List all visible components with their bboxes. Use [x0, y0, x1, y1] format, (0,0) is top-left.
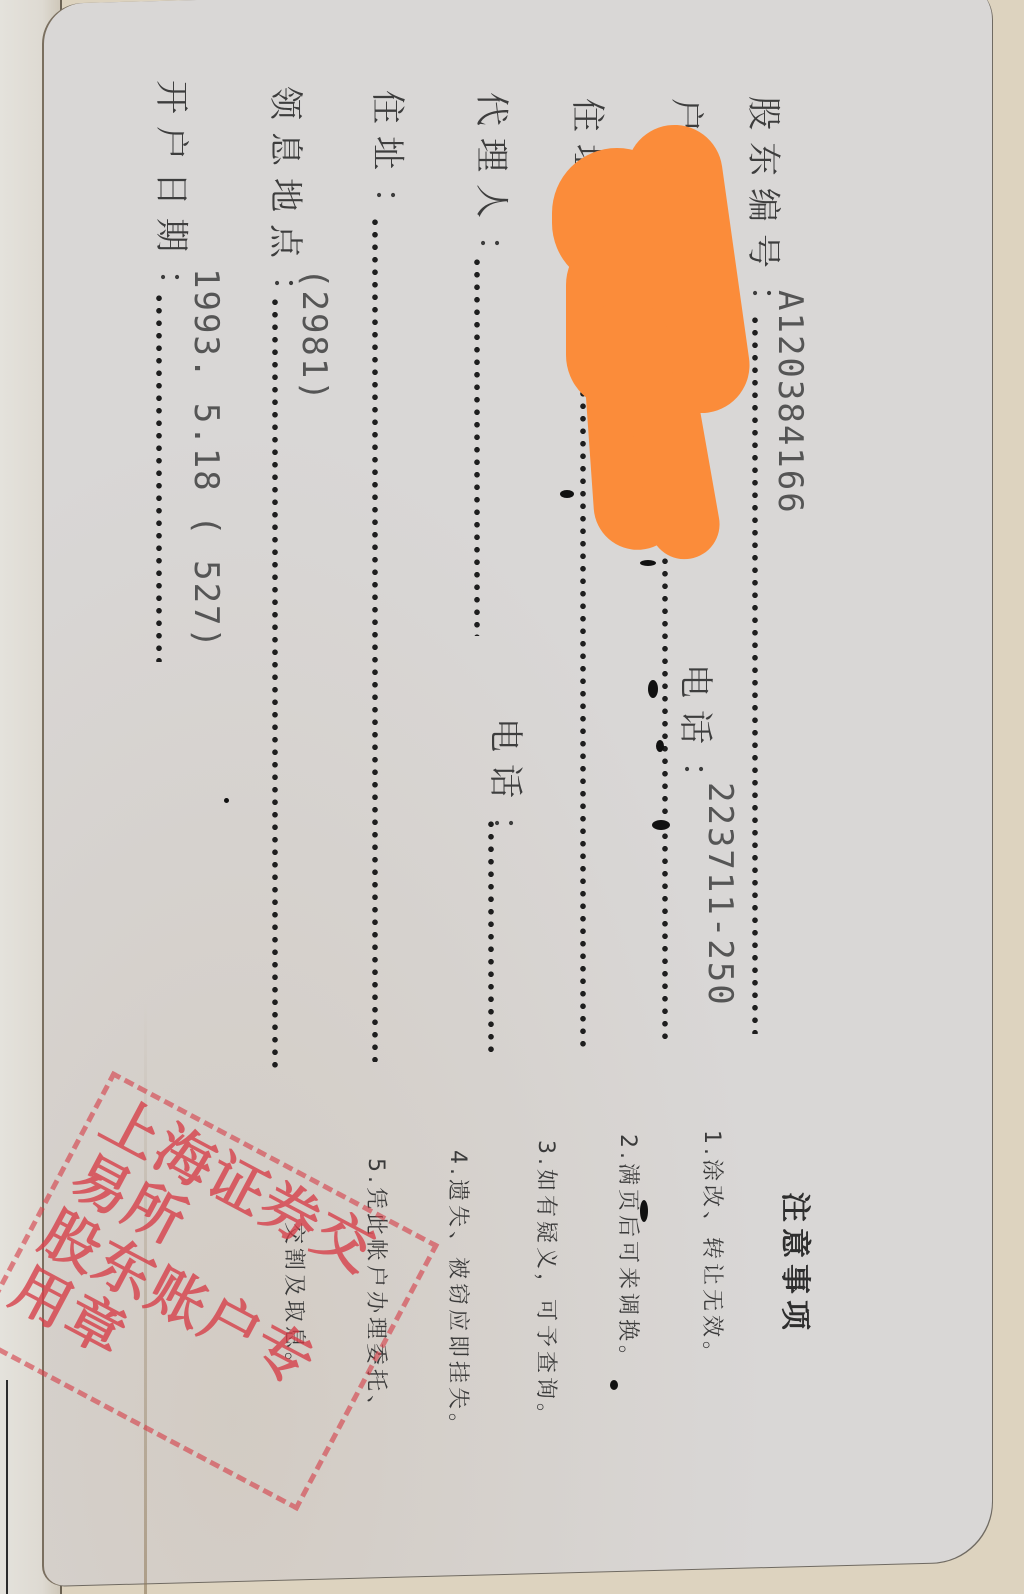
notice-item-1: 1.涂改、转让无效。: [698, 1130, 729, 1367]
open-date-label: 开户日期: [151, 80, 191, 264]
address-1-phone-label: 电话: [675, 664, 715, 756]
ink-smudge: [648, 680, 658, 698]
address-1-dotted-line: [580, 300, 586, 1050]
page-edge-line: [6, 1380, 8, 1594]
agent-phone-dotted-line: [488, 818, 494, 1054]
dividend-location-dotted-line: [272, 296, 278, 1072]
ink-smudge: [610, 1380, 618, 1390]
address-2-row: 住址 ：: [366, 90, 415, 233]
agent-label: 代理人: [471, 92, 511, 230]
notice-item-3: 3.如有疑义，可予查询。: [532, 1140, 563, 1429]
ink-smudge: [656, 740, 664, 752]
notice-item-2: 2.满页后可来调换。: [614, 1134, 645, 1371]
ink-smudge: [652, 820, 670, 830]
notices-title: 注意事项: [776, 1192, 820, 1336]
agent-phone-label: 电话: [485, 718, 525, 810]
dividend-location-label: 领息地点: [265, 86, 305, 270]
address-2-label: 住址: [367, 90, 407, 182]
shareholder-no-dotted-line: [752, 314, 758, 1034]
address-1-phone-value: 223711-250: [700, 782, 740, 1007]
shareholder-no-label: 股东编号: [743, 96, 783, 280]
address-2-dotted-line: [372, 216, 378, 1062]
agent-row: 代理人 ：: [470, 92, 519, 281]
ink-dot: [224, 798, 229, 803]
notice-item-4: 4.遗失、被窃应即挂失。: [444, 1150, 475, 1439]
open-date-dotted-line: [156, 292, 162, 662]
dividend-location-value: (2981): [294, 268, 334, 403]
open-date-value: 1993. 5.18 ( 527): [186, 268, 226, 650]
shareholder-no-value: A120384166: [770, 290, 810, 515]
ink-smudge: [560, 490, 574, 498]
ink-smudge: [640, 560, 656, 566]
agent-dotted-line: [474, 256, 480, 636]
